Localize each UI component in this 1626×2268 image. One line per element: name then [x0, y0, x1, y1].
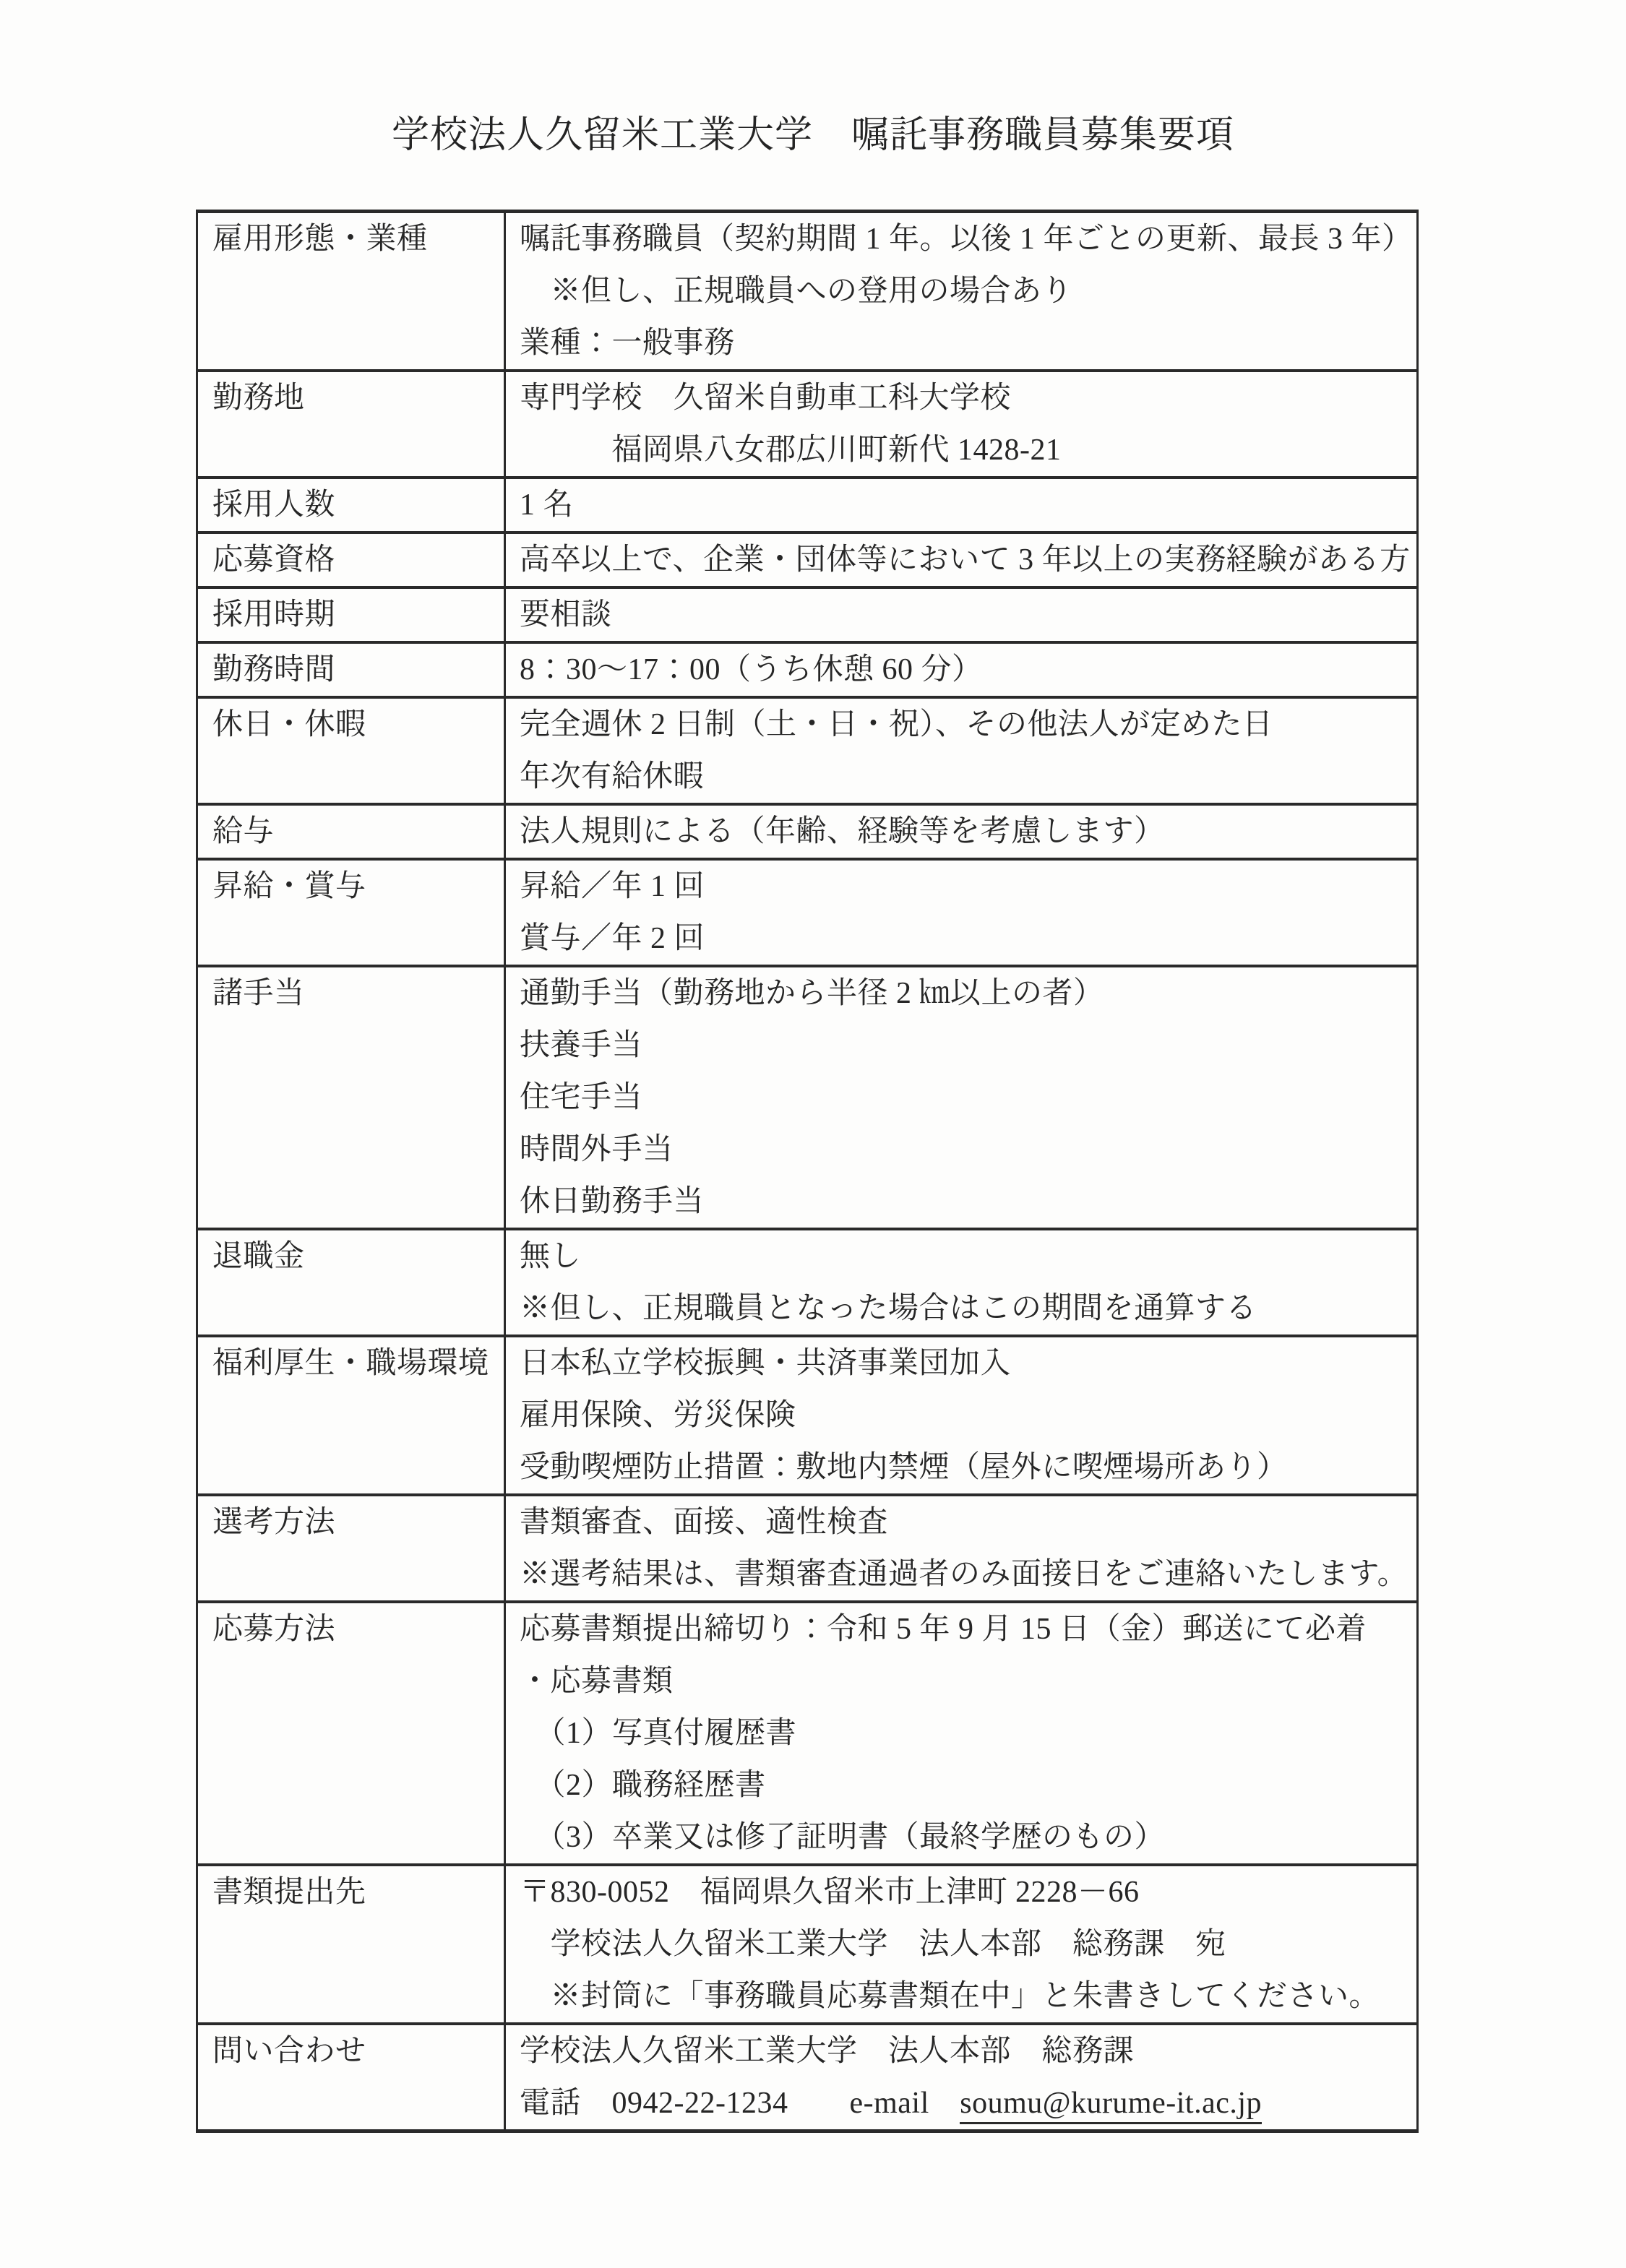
- content-line: 雇用保険、労災保険: [520, 1389, 1414, 1441]
- row-content: 法人規則による（年齢、経験等を考慮します）: [506, 806, 1416, 858]
- row-content: 応募書類提出締切り：令和 5 年 9 月 15 日（金）郵送にて必着・応募書類 …: [506, 1603, 1416, 1863]
- row-label-text: 雇用形態・業種: [212, 213, 499, 265]
- row-label: 応募資格: [198, 534, 506, 586]
- row-content: 高卒以上で、企業・団体等において 3 年以上の実務経験がある方: [506, 534, 1416, 586]
- row-content: 1 名: [506, 479, 1416, 531]
- phone-text: 電話 0942-22-1234 e-mail: [520, 2087, 960, 2120]
- content-line: 学校法人久留米工業大学 法人本部 総務課 宛: [520, 1918, 1414, 1970]
- row-content: 嘱託事務職員（契約期間 1 年。以後 1 年ごとの更新、最長 3 年） ※但し、…: [506, 213, 1416, 369]
- content-line: 学校法人久留米工業大学 法人本部 総務課: [520, 2025, 1414, 2077]
- row-label: 書類提出先: [198, 1866, 506, 2022]
- row-label-text: 福利厚生・職場環境: [212, 1337, 499, 1389]
- content-line: 1 名: [520, 479, 1414, 531]
- row-label: 選考方法: [198, 1496, 506, 1600]
- content-line: （1）写真付履歴書: [520, 1707, 1414, 1759]
- document-title: 学校法人久留米工業大学 嘱託事務職員募集要項: [0, 108, 1626, 163]
- row-label-text: 応募方法: [212, 1603, 499, 1655]
- row-label-text: 勤務時間: [212, 644, 499, 696]
- content-line: 無し: [520, 1230, 1414, 1282]
- row-label: 雇用形態・業種: [198, 213, 506, 369]
- content-line: ・応募書類: [520, 1655, 1414, 1707]
- row-label: 昇給・賞与: [198, 861, 506, 965]
- row-label: 諸手当: [198, 967, 506, 1228]
- row-label-text: 給与: [212, 806, 499, 858]
- row-content: 無し※但し、正規職員となった場合はこの期間を通算する: [506, 1230, 1416, 1335]
- table-row: 給与法人規則による（年齢、経験等を考慮します）: [198, 803, 1416, 858]
- row-label: 退職金: [198, 1230, 506, 1335]
- content-line: 完全週休 2 日制（土・日・祝）、その他法人が定めた日: [520, 699, 1414, 751]
- content-line: 電話 0942-22-1234 e-mail soumu@kurume-it.a…: [520, 2077, 1414, 2129]
- content-line: 要相談: [520, 589, 1414, 641]
- row-label-text: 諸手当: [212, 967, 499, 1019]
- content-line: 専門学校 久留米自動車工科大学校: [520, 372, 1414, 424]
- content-line: 受動喫煙防止措置：敷地内禁煙（屋外に喫煙場所あり）: [520, 1441, 1414, 1493]
- row-content: 8：30～17：00（うち休憩 60 分）: [506, 644, 1416, 696]
- row-label-text: 問い合わせ: [212, 2025, 499, 2077]
- row-content: 通勤手当（勤務地から半径 2 ㎞以上の者）扶養手当住宅手当時間外手当休日勤務手当: [506, 967, 1416, 1228]
- table-row: 雇用形態・業種嘱託事務職員（契約期間 1 年。以後 1 年ごとの更新、最長 3 …: [198, 213, 1416, 369]
- table-row: 書類提出先〒830-0052 福岡県久留米市上津町 2228－66 学校法人久留…: [198, 1863, 1416, 2022]
- row-content: 日本私立学校振興・共済事業団加入雇用保険、労災保険受動喫煙防止措置：敷地内禁煙（…: [506, 1337, 1416, 1493]
- table-row: 退職金無し※但し、正規職員となった場合はこの期間を通算する: [198, 1228, 1416, 1335]
- row-content: 昇給／年 1 回賞与／年 2 回: [506, 861, 1416, 965]
- row-label: 休日・休暇: [198, 699, 506, 803]
- table-row: 採用時期要相談: [198, 586, 1416, 641]
- content-line: 業種：一般事務: [520, 317, 1414, 369]
- row-content: 要相談: [506, 589, 1416, 641]
- content-line: 時間外手当: [520, 1124, 1414, 1176]
- email-text: soumu@kurume-it.ac.jp: [960, 2087, 1262, 2124]
- content-line: 日本私立学校振興・共済事業団加入: [520, 1337, 1414, 1389]
- row-content: 書類審査、面接、適性検査※選考結果は、書類審査通過者のみ面接日をご連絡いたします…: [506, 1496, 1416, 1600]
- row-content: 完全週休 2 日制（土・日・祝）、その他法人が定めた日年次有給休暇: [506, 699, 1416, 803]
- content-line: 昇給／年 1 回: [520, 861, 1414, 913]
- content-line: ※但し、正規職員となった場合はこの期間を通算する: [520, 1282, 1414, 1335]
- content-line: 8：30～17：00（うち休憩 60 分）: [520, 644, 1414, 696]
- content-line: 書類審査、面接、適性検査: [520, 1496, 1414, 1548]
- table-row: 勤務時間8：30～17：00（うち休憩 60 分）: [198, 641, 1416, 696]
- row-label: 勤務時間: [198, 644, 506, 696]
- row-label-text: 採用人数: [212, 479, 499, 531]
- table-row: 勤務地専門学校 久留米自動車工科大学校 福岡県八女郡広川町新代 1428-21: [198, 369, 1416, 476]
- content-line: 住宅手当: [520, 1072, 1414, 1124]
- recruitment-table: 雇用形態・業種嘱託事務職員（契約期間 1 年。以後 1 年ごとの更新、最長 3 …: [196, 210, 1419, 2133]
- row-label-text: 応募資格: [212, 534, 499, 586]
- content-line: ※選考結果は、書類審査通過者のみ面接日をご連絡いたします。: [520, 1548, 1414, 1600]
- content-line: 福岡県八女郡広川町新代 1428-21: [520, 424, 1414, 476]
- row-content: 〒830-0052 福岡県久留米市上津町 2228－66 学校法人久留米工業大学…: [506, 1866, 1416, 2022]
- content-line: 通勤手当（勤務地から半径 2 ㎞以上の者）: [520, 967, 1414, 1019]
- content-line: 法人規則による（年齢、経験等を考慮します）: [520, 806, 1414, 858]
- row-label: 福利厚生・職場環境: [198, 1337, 506, 1493]
- row-label-text: 退職金: [212, 1230, 499, 1282]
- content-line: 扶養手当: [520, 1019, 1414, 1072]
- content-line: 〒830-0052 福岡県久留米市上津町 2228－66: [520, 1866, 1414, 1918]
- content-line: （2）職務経歴書: [520, 1759, 1414, 1811]
- content-line: ※封筒に「事務職員応募書類在中」と朱書きしてください。: [520, 1970, 1414, 2022]
- document-page: 学校法人久留米工業大学 嘱託事務職員募集要項 雇用形態・業種嘱託事務職員（契約期…: [0, 0, 1626, 2268]
- content-line: 嘱託事務職員（契約期間 1 年。以後 1 年ごとの更新、最長 3 年）: [520, 213, 1414, 265]
- row-label-text: 昇給・賞与: [212, 861, 499, 913]
- row-label: 給与: [198, 806, 506, 858]
- row-content: 専門学校 久留米自動車工科大学校 福岡県八女郡広川町新代 1428-21: [506, 372, 1416, 476]
- content-line: 賞与／年 2 回: [520, 913, 1414, 965]
- table-row: 諸手当通勤手当（勤務地から半径 2 ㎞以上の者）扶養手当住宅手当時間外手当休日勤…: [198, 965, 1416, 1228]
- table-row: 採用人数1 名: [198, 476, 1416, 531]
- row-content: 学校法人久留米工業大学 法人本部 総務課電話 0942-22-1234 e-ma…: [506, 2025, 1416, 2129]
- row-label: 勤務地: [198, 372, 506, 476]
- table-row: 問い合わせ学校法人久留米工業大学 法人本部 総務課電話 0942-22-1234…: [198, 2022, 1416, 2129]
- content-line: 高卒以上で、企業・団体等において 3 年以上の実務経験がある方: [520, 534, 1414, 586]
- row-label-text: 選考方法: [212, 1496, 499, 1548]
- content-line: 応募書類提出締切り：令和 5 年 9 月 15 日（金）郵送にて必着: [520, 1603, 1414, 1655]
- table-row: 昇給・賞与昇給／年 1 回賞与／年 2 回: [198, 858, 1416, 965]
- row-label: 応募方法: [198, 1603, 506, 1863]
- row-label: 問い合わせ: [198, 2025, 506, 2129]
- table-row: 福利厚生・職場環境日本私立学校振興・共済事業団加入雇用保険、労災保険受動喫煙防止…: [198, 1335, 1416, 1493]
- table-row: 応募資格高卒以上で、企業・団体等において 3 年以上の実務経験がある方: [198, 531, 1416, 586]
- row-label-text: 採用時期: [212, 589, 499, 641]
- table-row: 応募方法応募書類提出締切り：令和 5 年 9 月 15 日（金）郵送にて必着・応…: [198, 1600, 1416, 1863]
- row-label: 採用人数: [198, 479, 506, 531]
- row-label: 採用時期: [198, 589, 506, 641]
- content-line: （3）卒業又は修了証明書（最終学歴のもの）: [520, 1811, 1414, 1863]
- row-label-text: 書類提出先: [212, 1866, 499, 1918]
- content-line: ※但し、正規職員への登用の場合あり: [520, 265, 1414, 317]
- content-line: 休日勤務手当: [520, 1176, 1414, 1228]
- content-line: 年次有給休暇: [520, 751, 1414, 803]
- table-row: 選考方法書類審査、面接、適性検査※選考結果は、書類審査通過者のみ面接日をご連絡い…: [198, 1493, 1416, 1600]
- table-row: 休日・休暇完全週休 2 日制（土・日・祝）、その他法人が定めた日年次有給休暇: [198, 696, 1416, 803]
- row-label-text: 休日・休暇: [212, 699, 499, 751]
- row-label-text: 勤務地: [212, 372, 499, 424]
